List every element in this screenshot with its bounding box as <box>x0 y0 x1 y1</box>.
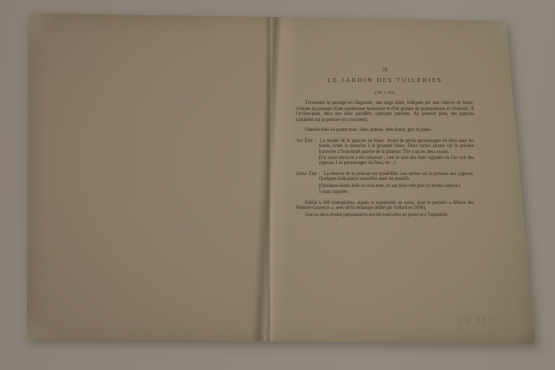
state-label: 1er État : <box>296 139 318 144</box>
printed-recto-page: 28 LE JARDIN DES TUILERIES (28 × 43) Tra… <box>296 68 474 219</box>
page-title: LE JARDIN DES TUILERIES <box>296 79 474 84</box>
state-count: 5 états signalés. <box>319 190 474 195</box>
corner-crease-top-left <box>23 10 83 52</box>
photograph-background: 28 LE JARDIN DES TUILERIES (28 × 43) Tra… <box>0 0 555 370</box>
state-entry-second: 2ème État : La réserve de la pelouse est… <box>296 172 474 196</box>
corner-crease-bottom-left <box>21 307 67 347</box>
folded-catalogue-sheet: 28 LE JARDIN DES TUILERIES (28 × 43) Tra… <box>25 12 537 346</box>
colophon-block: Publié à 100 exemplaires, signés et numé… <box>296 201 474 218</box>
plate-dimensions: (28 × 43) <box>296 90 474 95</box>
center-fold-crease <box>265 12 274 346</box>
plate-number: 28 <box>296 68 474 73</box>
edition-paragraph: Publié à 100 exemplaires, signés et numé… <box>296 201 474 212</box>
state-entry-first: 1er État : La moitié de la planche en bl… <box>296 139 474 167</box>
corner-smudge-top-right <box>483 16 513 46</box>
corner-crease-bottom-right <box>511 324 541 348</box>
state-note: (Quelques essais tirés en trois tons, un… <box>319 184 474 189</box>
description-paragraph: Traversant le passage en diagonale, une … <box>296 101 474 123</box>
printing-note-paragraph: Planche tirée en quatre tons : bleu ardo… <box>296 128 474 133</box>
pencil-inscription: CH 593 <box>458 315 528 325</box>
state-note: (Un essai retrouvé a été rehaussé ; c'es… <box>319 156 474 167</box>
state-text: La réserve de la pelouse est quadrillée.… <box>319 172 474 182</box>
state-text: La moitié de la planche en blanc. Avant … <box>319 139 474 155</box>
studies-paragraph: Une ou deux études préparatoires ont été… <box>296 213 474 218</box>
